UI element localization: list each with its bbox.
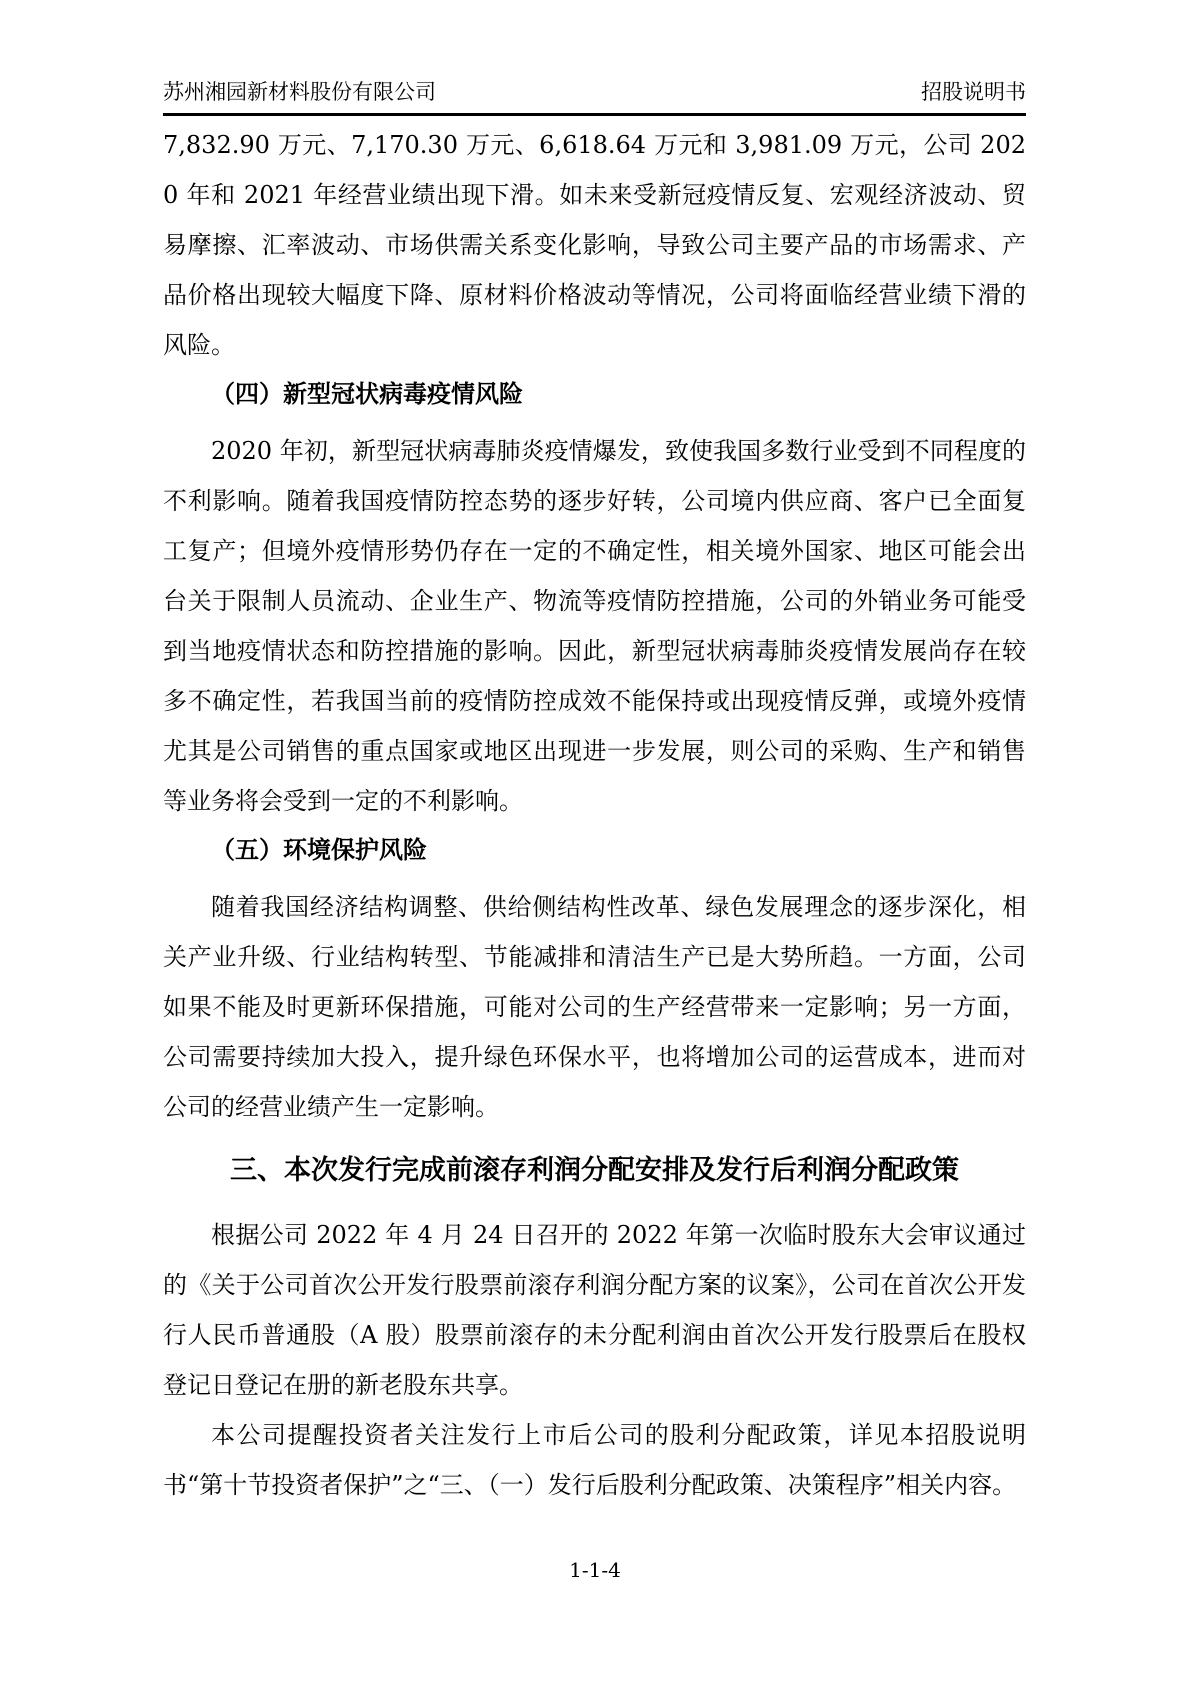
prospectus-page: 苏州湘园新材料股份有限公司 招股说明书 7,832.90 万元、7,170.30… [0,0,1190,1683]
page-footer: 1-1-4 [0,1556,1190,1584]
paragraph-profit-distribution: 根据公司 2022 年 4 月 24 日召开的 2022 年第一次临时股东大会审… [163,1210,1026,1410]
heading-profit-distribution-policy: 三、本次发行完成前滚存利润分配安排及发行后利润分配政策 [163,1142,1026,1198]
paragraph-covid-risk: 2020 年初，新型冠状病毒肺炎疫情爆发，致使我国多数行业受到不同程度的不利影响… [163,426,1026,826]
header-doc-type: 招股说明书 [921,78,1026,106]
paragraph-environment-risk: 随着我国经济结构调整、供给侧结构性改革、绿色发展理念的逐步深化，相关产业升级、行… [163,882,1026,1132]
document-body: 7,832.90 万元、7,170.30 万元、6,618.64 万元和 3,9… [163,120,1026,1510]
header-company-name: 苏州湘园新材料股份有限公司 [163,78,436,106]
heading-environment-risk: （五）环境保护风险 [163,826,1026,876]
paragraph-investor-reminder: 本公司提醒投资者关注发行上市后公司的股利分配政策，详见本招股说明书“第十节投资者… [163,1410,1026,1510]
page-header: 苏州湘园新材料股份有限公司 招股说明书 [163,78,1026,116]
heading-covid-risk: （四）新型冠状病毒疫情风险 [163,370,1026,420]
page-number: 1-1-4 [569,1558,621,1582]
paragraph-performance-risk: 7,832.90 万元、7,170.30 万元、6,618.64 万元和 3,9… [163,120,1026,370]
